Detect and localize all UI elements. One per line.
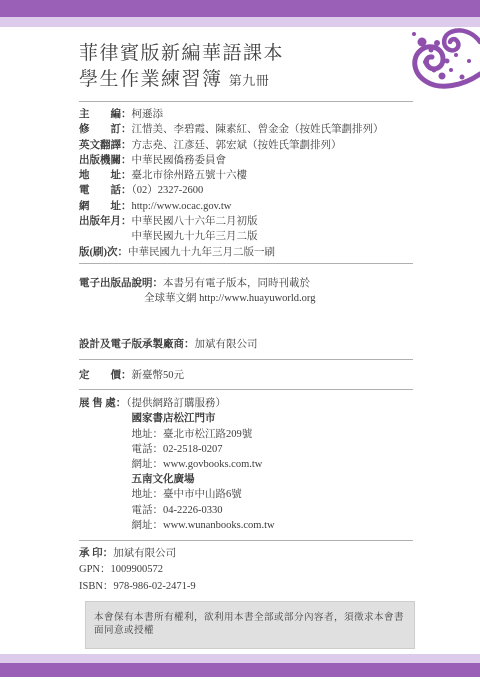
gpn-row: GPN：1009900572 [79, 562, 413, 578]
field-value: 加斌有限公司 [195, 339, 258, 350]
field-value: www.wunanbooks.com.tw [163, 520, 275, 531]
field-value: （02）2327-2600 [132, 185, 204, 196]
field-value: 臺北市松江路209號 [163, 429, 252, 440]
pubdate-row: 出版年月：中華民國八十六年二月初版 [79, 214, 413, 229]
epub-note: 電子出版品說明：本書另有電子版本，同時刊載於 全球華文網 http://www.… [79, 276, 413, 307]
field-label: 修 訂： [79, 124, 132, 135]
store-phone-row: 電話：04-2226-0330 [132, 503, 414, 518]
field-label: 電話： [132, 444, 164, 455]
field-label: 地址： [132, 489, 164, 500]
store-address-row: 地址：臺北市松江路209號 [132, 427, 414, 442]
store-web-row: 網址：www.wunanbooks.com.tw [132, 518, 414, 533]
revisers-row: 修 訂：江惜美、李碧霞、陳素紅、曾金金（按姓氏筆劃排列） [79, 122, 413, 137]
sales-outlets: 展 售 處：（提供網路訂購服務） 國家書店松江門市 地址：臺北市松江路209號 … [79, 396, 413, 533]
field-label: 版(刷)次： [79, 247, 128, 258]
store-phone-row: 電話：02-2518-0207 [132, 442, 414, 457]
field-label: 出版年月： [79, 216, 132, 227]
store-name: 國家書店松江門市 [132, 411, 414, 426]
field-value: 本書另有電子版本，同時刊載於 [163, 278, 310, 289]
field-value: 中華民國九十九年三月二版一刷 [128, 247, 275, 258]
store-web-row: 網址：www.govbooks.com.tw [132, 457, 414, 472]
field-value: 中華民國八十六年二月初版 [132, 216, 258, 227]
field-label: 網址： [132, 520, 164, 531]
printer-row: 承 印：加斌有限公司 [79, 546, 413, 562]
field-value: （提供網路訂購服務） [126, 398, 226, 409]
divider [79, 101, 413, 102]
field-value: 臺中市中山路6號 [163, 489, 242, 500]
field-value: 02-2518-0207 [163, 444, 223, 455]
store-block: 國家書店松江門市 地址：臺北市松江路209號 電話：02-2518-0207 網… [79, 411, 413, 533]
field-label: 網 址： [79, 201, 132, 212]
edition-row: 版(刷)次：中華民國九十九年三月二版一刷 [79, 245, 413, 260]
field-label: 展 售 處： [79, 398, 126, 409]
field-value: www.govbooks.com.tw [163, 459, 262, 470]
field-label: 承 印： [79, 548, 113, 559]
field-label: 英文翻譯： [79, 140, 132, 151]
colophon-content: 菲律賓版新編華語課本 學生作業練習簿 第九冊 主 編：柯遜添 修 訂：江惜美、李… [79, 41, 413, 649]
field-value: http://www.ocac.gov.tw [132, 201, 232, 212]
field-label: 定 價： [79, 370, 132, 381]
field-label: 出版機關： [79, 155, 132, 166]
printing-info: 承 印：加斌有限公司 GPN：1009900572 ISBN：978-986-0… [79, 546, 413, 595]
field-label: 電 話： [79, 185, 132, 196]
divider [79, 263, 413, 264]
field-value: 中華民國僑務委員會 [132, 155, 227, 166]
field-value: 臺北市徐州路五號十六樓 [132, 170, 248, 181]
epub-line1: 電子出版品說明：本書另有電子版本，同時刊載於 [79, 276, 413, 291]
translators-row: 英文翻譯：方志堯、江彥廷、郭宏斌（按姓氏筆劃排列） [79, 138, 413, 153]
address-row: 地 址：臺北市徐州路五號十六樓 [79, 168, 413, 183]
book-subtitle: 學生作業練習簿 [79, 69, 223, 90]
field-label: 地 址： [79, 170, 132, 181]
field-label: 設計及電子版承製廠商： [79, 339, 195, 350]
store-address-row: 地址：臺中市中山路6號 [132, 487, 414, 502]
book-title-line2: 學生作業練習簿 第九冊 [79, 67, 413, 94]
book-title-line1: 菲律賓版新編華語課本 [79, 41, 413, 67]
divider [79, 540, 413, 541]
volume-number: 第九冊 [229, 73, 270, 88]
website-row: 網 址：http://www.ocac.gov.tw [79, 199, 413, 214]
bottom-band-light [0, 654, 480, 663]
divider [79, 359, 413, 360]
field-value: 江惜美、李碧霞、陳素紅、曾金金（按姓氏筆劃排列） [132, 124, 384, 135]
publication-info: 主 編：柯遜添 修 訂：江惜美、李碧霞、陳素紅、曾金金（按姓氏筆劃排列） 英文翻… [79, 107, 413, 260]
field-label: 電話： [132, 505, 164, 516]
pubdate-row-continuation: 中華民國九十九年三月二版 [79, 229, 413, 244]
divider [79, 389, 413, 390]
top-band-dark [0, 0, 480, 17]
field-label: 電子出版品說明： [79, 278, 163, 289]
colophon-page: 菲律賓版新編華語課本 學生作業練習簿 第九冊 主 編：柯遜添 修 訂：江惜美、李… [0, 0, 480, 679]
isbn-row: ISBN：978-986-02-2471-9 [79, 579, 413, 595]
editor-row: 主 編：柯遜添 [79, 107, 413, 122]
field-value: 04-2226-0330 [163, 505, 223, 516]
field-value: 加斌有限公司 [113, 548, 176, 559]
epub-line2: 全球華文網 http://www.huayuworld.org [79, 291, 413, 306]
copyright-notice: 本會保有本書所有權利，欲利用本書全部或部分內容者，須徵求本會書面同意或授權 [85, 601, 415, 649]
field-value: 方志堯、江彥廷、郭宏斌（按姓氏筆劃排列） [132, 140, 342, 151]
outlets-header-row: 展 售 處：（提供網路訂購服務） [79, 396, 413, 411]
field-value: 新臺幣50元 [132, 370, 185, 381]
field-label: 地址： [132, 429, 164, 440]
store-name: 五南文化廣場 [132, 472, 414, 487]
price-row: 定 價：新臺幣50元 [79, 368, 413, 383]
field-value: 1009900572 [111, 564, 164, 575]
phone-row: 電 話：（02）2327-2600 [79, 183, 413, 198]
field-label: ISBN： [79, 581, 113, 592]
publisher-row: 出版機關：中華民國僑務委員會 [79, 153, 413, 168]
field-label: 網址： [132, 459, 164, 470]
top-band-light [0, 17, 480, 27]
design-contractor-row: 設計及電子版承製廠商：加斌有限公司 [79, 337, 413, 352]
bottom-band-dark [0, 663, 480, 677]
field-value: 柯遜添 [132, 109, 164, 120]
field-label: GPN： [79, 564, 111, 575]
field-label: 主 編： [79, 109, 132, 120]
field-value: 978-986-02-2471-9 [113, 581, 195, 592]
